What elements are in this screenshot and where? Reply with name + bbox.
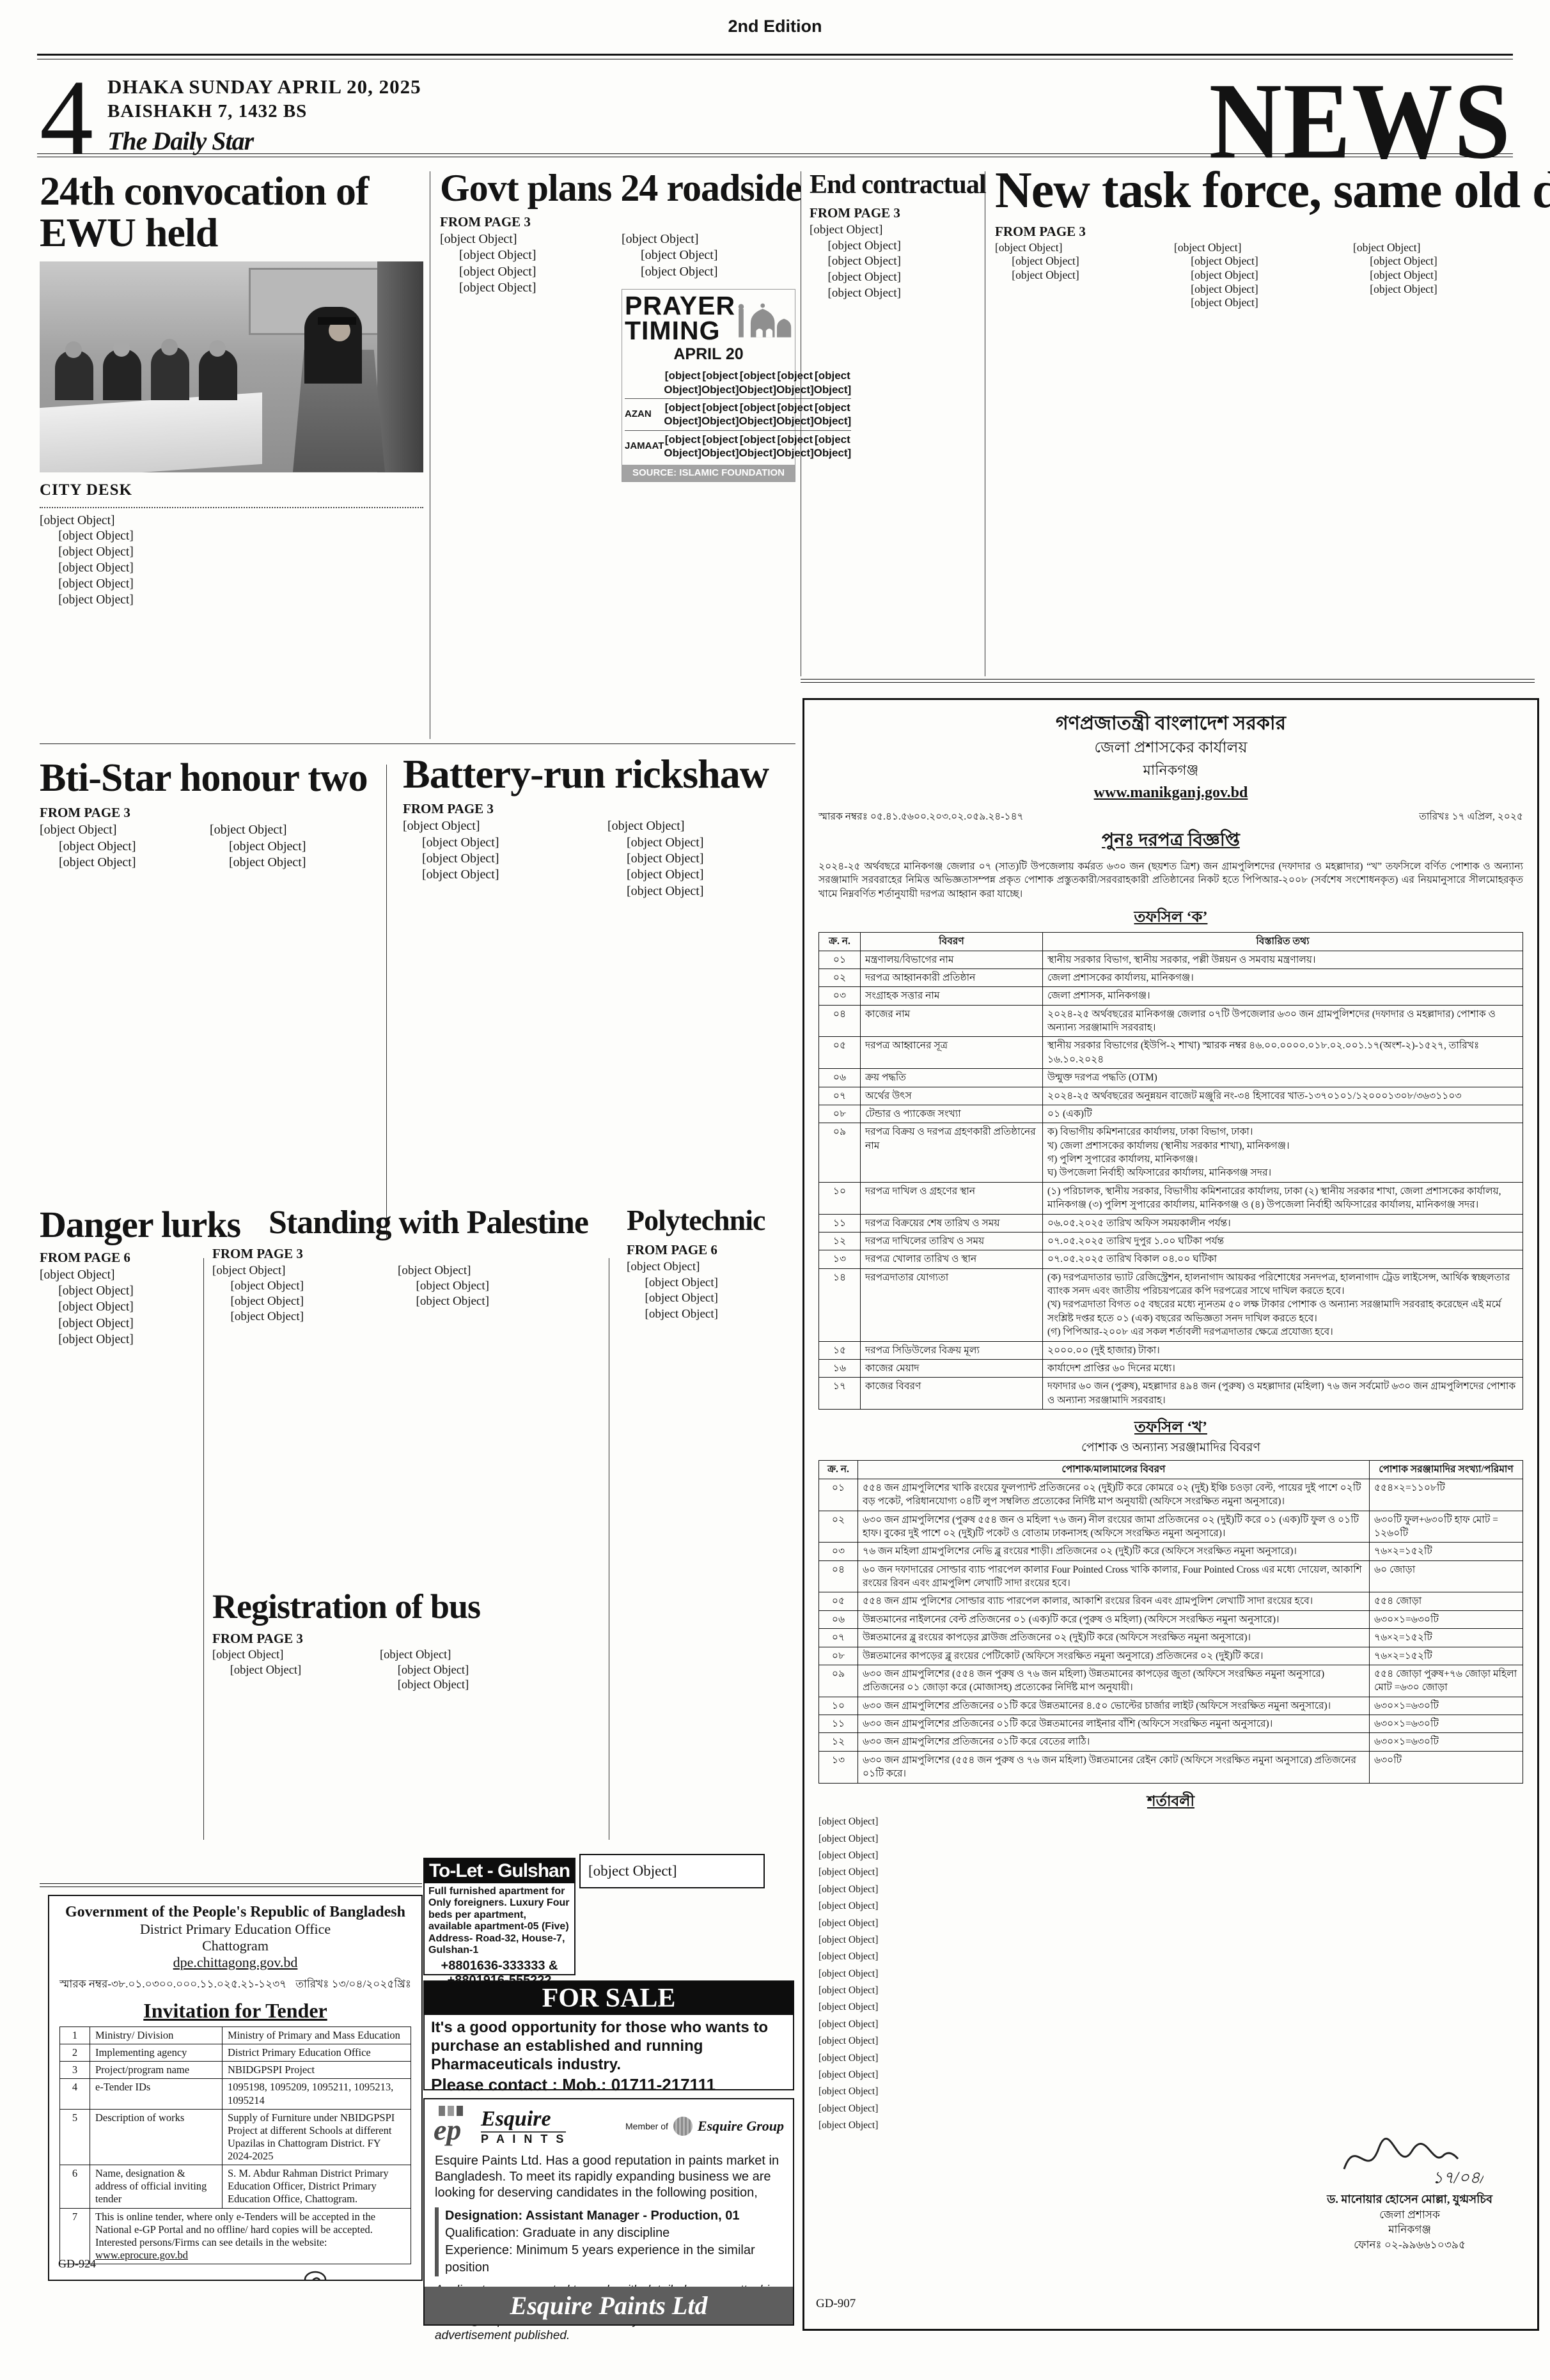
term-item: [object Object]	[818, 2018, 1523, 2031]
tender-memo: স্মারক নম্বর-৩৮.০১.০৩০০.০০০.১১.০২৫.২১-১২…	[59, 1976, 286, 1994]
body-column: [object Object][object Object][object Ob…	[1353, 241, 1514, 310]
byline: CITY DESK	[40, 481, 423, 499]
paragraph: [object Object]	[210, 839, 362, 855]
paragraph: [object Object]	[212, 1294, 362, 1309]
from-page-tag: FROM PAGE 3	[403, 801, 794, 817]
schedule-b-title: তফসিল ‘খ’	[818, 1417, 1523, 1438]
schedule-a-row: ১১ দরপত্র বিক্রয়ের শেষ তারিখ ও সময় ০৬.…	[819, 1214, 1523, 1232]
quantity-cell: ৬৩০×১=৬৩০টি	[1370, 1715, 1523, 1733]
forsale-contact: Please contact : Mob.: 01711-217111	[425, 2074, 793, 2095]
value-cell: জেলা প্রশাসকের কার্যালয়, মানিকগঞ্জ।	[1043, 968, 1523, 986]
column-rule	[985, 171, 985, 676]
paragraph: [object Object]	[210, 822, 362, 838]
from-page-tag: FROM PAGE 3	[40, 805, 363, 821]
description-cell: ৫৫৪ জন গ্রাম পুলিশের সোল্ডার ব্যাচ পারপে…	[858, 1592, 1370, 1610]
key-cell: দরপত্র সিডিউলের বিক্রয় মূল্য	[861, 1341, 1043, 1359]
body-column: [object Object][object Object][object Ob…	[40, 822, 192, 871]
term-item: [object Object]	[818, 1815, 1523, 1828]
schedule-b-row: ০৬ উন্নতমানের নাইলনের বেল্ট প্রতিজনের ০১…	[819, 1610, 1523, 1628]
term-item: [object Object]	[818, 2085, 1523, 2098]
description-cell: ৬৩০ জন গ্রামপুলিশের প্রতিজনের ০১টি করে উ…	[858, 1715, 1370, 1733]
paragraph: [object Object]	[810, 286, 976, 302]
prayer-col-header: [object Object]	[776, 367, 814, 398]
terms-list: [object Object][object Object][object Ob…	[818, 1815, 1523, 2132]
azan-label: AZAN	[625, 398, 664, 430]
paragraph: [object Object]	[810, 254, 976, 270]
quantity-cell: ৫৫৪ জোড়া	[1370, 1592, 1523, 1610]
jamaat-time: [object Object]	[739, 430, 777, 462]
body-column: [object Object][object Object][object Ob…	[1174, 241, 1335, 310]
schedule-a-table: ক্র. ন. বিবরণ বিস্তারিত তথ্য ০১ মন্ত্রণা…	[818, 932, 1523, 1410]
value-cell: জেলা প্রশাসক, মানিকগঞ্জ।	[1043, 987, 1523, 1005]
tender-date: তারিখঃ ১৩/০৪/২০২৫খ্রিঃ	[295, 1976, 411, 1994]
schedule-b-col-serial: ক্র. ন.	[819, 1461, 858, 1479]
prayer-col-header: [object Object]	[664, 367, 701, 398]
paragraph: [object Object]	[212, 1648, 361, 1663]
serial-cell: ১৭	[819, 1378, 861, 1410]
value-cell: ০৭.০৫.২০২৫ তারিখ দুপুর ১.০০ ঘটিকা পর্যন্…	[1043, 1232, 1523, 1250]
paragraph: [object Object]	[212, 1279, 362, 1294]
headline: End contractual	[810, 171, 976, 199]
serial-cell: ০৯	[819, 1665, 858, 1697]
from-page-tag: FROM PAGE 3	[212, 1631, 527, 1647]
curtain	[377, 261, 423, 472]
term-item: [object Object]	[818, 1967, 1523, 1980]
masthead-calendar: BAISHAKH 7, 1432 BS	[107, 101, 421, 122]
body-column: [object Object][object Object][object Ob…	[607, 818, 794, 899]
schedule-b-row: ০৫ ৫৫৪ জন গ্রাম পুলিশের সোল্ডার ব্যাচ পা…	[819, 1592, 1523, 1610]
key-cell: টেন্ডার ও প্যাকেজ সংখ্যা	[861, 1105, 1043, 1123]
paragraph: [object Object]	[622, 231, 795, 247]
serial-cell: 5	[60, 2109, 90, 2165]
description-cell: ৬৩০ জন গ্রামপুলিশের (পুরুষ ৫৫৪ জন ও মহিল…	[858, 1511, 1370, 1543]
term-item: [object Object]	[818, 2000, 1523, 2014]
serial-cell: ০৭	[819, 1629, 858, 1647]
paragraph: [object Object]	[403, 851, 588, 867]
prayer-source-bar: SOURCE: ISLAMIC FOUNDATION	[622, 465, 795, 482]
description-cell: ৭৬ জন মহিলা গ্রামপুলিশের নেভি ব্লু রংয়ে…	[858, 1543, 1370, 1560]
schedule-a-title: তফসিল ‘ক’	[818, 907, 1523, 928]
key-cell: e-Tender IDs	[90, 2079, 223, 2109]
signatory-phone: ফোনঃ ০২-৯৯৬৬১০৩৯৫	[1327, 2237, 1492, 2252]
section-rule	[40, 743, 795, 744]
section-rule	[40, 1883, 422, 1887]
azan-time: [object Object]	[701, 398, 739, 430]
from-page-tag: FROM PAGE 6	[627, 1242, 794, 1258]
azan-time: [object Object]	[776, 398, 814, 430]
description-cell: ৬৩০ জন গ্রামপুলিশের (৫৫৪ জন পুরুষ ও ৭৬ জ…	[858, 1751, 1370, 1783]
serial-cell: ১২	[819, 1232, 861, 1250]
esquire-designation: Designation: Assistant Manager - Product…	[445, 2207, 793, 2225]
key-cell: দরপত্র আহ্বানকারী প্রতিষ্ঠান	[861, 968, 1043, 986]
article-ewu-convocation: 24th convocation of EWU held CITY DESK	[40, 170, 423, 609]
prayer-timing-box: PRAYER TIMING APRIL 20 [obje	[622, 289, 795, 483]
jamaat-time: [object Object]	[776, 430, 814, 462]
schedule-a-row: ১০ দরপত্র দাখিল ও গ্রহণের স্থান (১) পরিচ…	[819, 1182, 1523, 1214]
mortarboard	[318, 317, 356, 325]
headline: Bti-Star honour two	[40, 758, 363, 798]
value-cell: ০৭.০৫.২০২৫ তারিখ বিকাল ০৪.০০ ঘটিকা	[1043, 1250, 1523, 1268]
tender-row: 5 Description of works Supply of Furnitu…	[60, 2109, 411, 2165]
schedule-b-row: ০১ ৫৫৪ জন গ্রামপুলিশের খাকি রংয়ের ফুলপ্…	[819, 1479, 1523, 1511]
body-column: [object Object][object Object][object Ob…	[627, 1259, 794, 1323]
headline: New task force, same old delay	[995, 165, 1514, 217]
value-cell: (ক) দরপত্রদাতার ভ্যাট রেজিস্ট্রেশন, হালন…	[1043, 1268, 1523, 1341]
value-cell: S. M. Abdur Rahman District Primary Educ…	[223, 2165, 411, 2208]
jamaat-label: JAMAAT	[625, 430, 664, 462]
jamaat-time: [object Object]	[701, 430, 739, 462]
description-cell: ৬৩০ জন গ্রামপুলিশের প্রতিজনের ০১টি করে ব…	[858, 1733, 1370, 1751]
key-cell: দরপত্র দাখিল ও গ্রহণের স্থান	[861, 1182, 1043, 1214]
serial-cell: ১৪	[819, 1268, 861, 1341]
serial-cell: ১১	[819, 1715, 858, 1733]
from-page-tag: FROM PAGE 3	[440, 214, 795, 230]
forsale-ad: FOR SALE It's a good opportunity for tho…	[423, 1980, 794, 2090]
term-item: [object Object]	[818, 1933, 1523, 1947]
paragraph: [object Object]	[40, 1316, 200, 1332]
eprocure-link[interactable]: www.eprocure.gov.bd	[95, 2249, 188, 2261]
paragraph: [object Object]	[1174, 296, 1335, 310]
schedule-b-row: ০৯ ৬৩০ জন গ্রামপুলিশের (৫৫৪ জন পুরুষ ও ৭…	[819, 1665, 1523, 1697]
tender-invitation-box: Government of the People's Republic of B…	[48, 1895, 423, 2281]
key-cell: দরপত্র বিক্রয়ের শেষ তারিখ ও সময়	[861, 1214, 1043, 1232]
schedule-a-col-serial: ক্র. ন.	[819, 933, 861, 951]
column-rule	[203, 1258, 204, 1840]
key-cell: Name, designation & address of official …	[90, 2165, 223, 2208]
notice-website-link[interactable]: www.manikganj.gov.bd	[1094, 784, 1248, 801]
paragraph: [object Object]	[588, 1862, 756, 1881]
paragraph: [object Object]	[40, 1299, 200, 1315]
column-rule	[386, 765, 387, 1238]
signatory-district: মানিকগঞ্জ	[1327, 2222, 1492, 2237]
serial-cell: ০২	[819, 1511, 858, 1543]
serial-cell: ০৬	[819, 1069, 861, 1087]
schedule-a-row: ০৯ দরপত্র বিক্রয় ও দরপত্র গ্রহণকারী প্র…	[819, 1123, 1523, 1183]
key-cell: সংগ্রাহক সত্তার নাম	[861, 987, 1043, 1005]
tender-website-link[interactable]: dpe.chittagong.gov.bd	[173, 1954, 298, 1970]
gd-code: GD-924	[58, 2257, 96, 2271]
paragraph: [object Object]	[1174, 241, 1335, 255]
serial-cell: 2	[60, 2044, 90, 2062]
serial-cell: ০৯	[819, 1123, 861, 1183]
paragraph: [object Object]	[622, 264, 795, 280]
esquire-ad: ep Esquire P A I N T S Member of Esquire…	[423, 2098, 794, 2326]
key-cell: দরপত্র বিক্রয় ও দরপত্র গ্রহণকারী প্রতিষ…	[861, 1123, 1043, 1183]
schedule-b-row: ০২ ৬৩০ জন গ্রামপুলিশের (পুরুষ ৫৫৪ জন ও ম…	[819, 1511, 1523, 1543]
serial-cell: ০৮	[819, 1105, 861, 1123]
paragraph: [object Object]	[440, 231, 607, 247]
paragraph: [object Object]	[40, 513, 423, 529]
headline: Registration of bus	[212, 1589, 527, 1624]
serial-cell: 3	[60, 2062, 90, 2079]
article-polytechnic: Polytechnic FROM PAGE 6 [object Object][…	[627, 1206, 794, 1323]
serial-cell: ১০	[819, 1182, 861, 1214]
article-bus-registration: Registration of bus FROM PAGE 3 [object …	[212, 1589, 527, 1693]
schedule-b-subtitle: পোশাক ও অন্যান্য সরঞ্জামাদির বিবরণ	[818, 1440, 1523, 1456]
paragraph: [object Object]	[607, 851, 794, 867]
serial-cell: ০৪	[819, 1560, 858, 1592]
paragraph: [object Object]	[1353, 283, 1514, 297]
serial-cell: ০৮	[819, 1647, 858, 1665]
paragraph: [object Object]	[40, 855, 192, 871]
paragraph: [object Object]	[398, 1279, 558, 1294]
quantity-cell: ৬৩০টি ফুল+৬৩০টি হাফ মোট = ১২৬০টি	[1370, 1511, 1523, 1543]
paragraph: [object Object]	[1353, 254, 1514, 268]
paragraph: [object Object]	[40, 593, 423, 609]
notice-title: পুনঃ দরপত্র বিজ্ঞপ্তি	[818, 828, 1523, 853]
quantity-cell: ৬৩০×১=৬৩০টি	[1370, 1697, 1523, 1715]
tender-table: 1 Ministry/ Division Ministry of Primary…	[59, 2026, 411, 2264]
key-cell: অর্থের উৎস	[861, 1087, 1043, 1105]
paragraph: [object Object]	[440, 280, 607, 296]
term-item: [object Object]	[818, 1883, 1523, 1896]
tender-row-online: 7 This is online tender, where only e-Te…	[60, 2208, 411, 2264]
body-column: [object Object][object Object]	[212, 1648, 361, 1693]
serial-cell: ০৩	[819, 1543, 858, 1560]
quantity-cell: ৫৫৪ জোড়া পুরুষ+৭৬ জোড়া মহিলা মোট =৬৩০ …	[1370, 1665, 1523, 1697]
paragraph: [object Object]	[1174, 254, 1335, 268]
newspaper-page: 2nd Edition 4 DHAKA SUNDAY APRIL 20, 202…	[0, 0, 1550, 2380]
paragraph: [object Object]	[627, 1291, 794, 1307]
term-item: [object Object]	[818, 1984, 1523, 1997]
tender-row: 2 Implementing agency District Primary E…	[60, 2044, 411, 2062]
paragraph: [object Object]	[627, 1259, 794, 1275]
notice-intro: ২০২৪-২৫ অর্থবছরে মানিকগঞ্জ জেলার ০৭ (সাত…	[818, 860, 1523, 901]
schedule-b-row: ১৩ ৬৩০ জন গ্রামপুলিশের (৫৫৪ জন পুরুষ ও ৭…	[819, 1751, 1523, 1783]
column-rule	[801, 171, 801, 676]
serial-cell: 7	[60, 2208, 90, 2264]
byline-rule	[40, 503, 423, 508]
serial-cell: ১৩	[819, 1751, 858, 1783]
paragraph: [object Object]	[40, 545, 423, 561]
prayer-date: APRIL 20	[625, 345, 792, 365]
tolet-phone1: +8801636-333333 &	[425, 1959, 574, 1973]
key-cell: Project/program name	[90, 2062, 223, 2079]
term-item: [object Object]	[818, 2051, 1523, 2065]
schedule-a-row: ১৬ কাজের মেয়াদ কার্যাদেশ প্রাপ্তির ৬০ দ…	[819, 1359, 1523, 1377]
body-column: [object Object][object Object][object Ob…	[810, 222, 976, 301]
paragraph: [object Object]	[810, 270, 976, 286]
notice-date: তারিখঃ ১৭ এপ্রিল, ২০২৫	[1419, 810, 1523, 823]
signatory-role: জেলা প্রশাসক	[1327, 2207, 1492, 2222]
tolet-body: Full furnished apartment for Only foreig…	[425, 1883, 574, 1959]
headline: Battery-run rickshaw	[403, 753, 794, 795]
key-cell: Description of works	[90, 2109, 223, 2165]
notice-government: গণপ্রজাতন্ত্রী বাংলাদেশ সরকার	[818, 710, 1523, 736]
description-cell: উন্নতমানের ব্লু রংয়ের কাপড়ের ব্লাউজ প্…	[858, 1629, 1370, 1647]
paragraph: [object Object]	[212, 1309, 362, 1325]
quantity-cell: ৬৩০×১=৬৩০টি	[1370, 1610, 1523, 1628]
paragraph: [object Object]	[1353, 268, 1514, 283]
headline: Govt plans 24 roadside	[440, 169, 795, 208]
term-item: [object Object]	[818, 2034, 1523, 2048]
paragraph: [object Object]	[607, 818, 794, 834]
section-rule	[801, 679, 1535, 683]
serial-cell: ০৫	[819, 1592, 858, 1610]
prayer-title-line2: TIMING	[625, 318, 735, 343]
schedule-a-row: ০১ মন্ত্রণালয়/বিভাগের নাম স্থানীয় সরকা…	[819, 951, 1523, 968]
from-page-tag: FROM PAGE 3	[212, 1246, 570, 1262]
value-cell: This is online tender, where only e-Tend…	[90, 2208, 411, 2264]
daily-star-logo: The Daily Star	[107, 126, 421, 156]
paragraph: [object Object]	[627, 1275, 794, 1291]
prayer-table: [object Object][object Object][object Ob…	[625, 367, 851, 462]
esquire-qualification: Qualification: Graduate in any disciplin…	[445, 2225, 793, 2242]
paragraph: [object Object]	[1174, 283, 1335, 297]
schedule-b-row: ১২ ৬৩০ জন গ্রামপুলিশের প্রতিজনের ০১টি কর…	[819, 1733, 1523, 1751]
paragraph: [object Object]	[440, 264, 607, 280]
mosque-icon	[735, 293, 792, 341]
serial-cell: ০৩	[819, 987, 861, 1005]
from-page-tag: FROM PAGE 3	[995, 224, 1514, 240]
quantity-cell: ৭৬×২=১৫২টি	[1370, 1543, 1523, 1560]
paragraph: [object Object]	[995, 268, 1156, 283]
paragraph: [object Object]	[380, 1663, 524, 1679]
value-cell: স্থানীয় সরকার বিভাগ, স্থানীয় সরকার, পল…	[1043, 951, 1523, 968]
paragraph: [object Object]	[210, 855, 362, 871]
paragraph: [object Object]	[40, 529, 423, 545]
forsale-title: FOR SALE	[425, 1982, 793, 2015]
azan-time: [object Object]	[664, 398, 701, 430]
quantity-cell: ৬৩০টি	[1370, 1751, 1523, 1783]
body-column: [object Object][object Object][object Ob…	[380, 1648, 524, 1693]
paragraph: [object Object]	[403, 818, 588, 834]
schedule-a-row: ১৩ দরপত্র খোলার তারিখ ও স্থান ০৭.০৫.২০২৫…	[819, 1250, 1523, 1268]
description-cell: উন্নতমানের কাপড়ের ব্লু রংয়ের পেটিকোট (…	[858, 1647, 1370, 1665]
term-item: [object Object]	[818, 1849, 1523, 1862]
schedule-a-row: ০৭ অর্থের উৎস ২০২৪-২৫ অর্থবছরের অনুন্নয়…	[819, 1087, 1523, 1105]
body-column: [object Object][object Object][object Ob…	[398, 1263, 558, 1325]
jamaat-time: [object Object]	[814, 430, 852, 462]
serial-cell: 4	[60, 2079, 90, 2109]
value-cell: ০৬.০৫.২০২৫ তারিখ অফিস সময়কালীন পর্যন্ত।	[1043, 1214, 1523, 1232]
key-cell: দরপত্র আহ্বানের সূত্র	[861, 1037, 1043, 1069]
key-cell: Implementing agency	[90, 2044, 223, 2062]
terms-title: শর্তাবলী	[818, 1791, 1523, 1812]
schedule-a-row: ০২ দরপত্র আহ্বানকারী প্রতিষ্ঠান জেলা প্র…	[819, 968, 1523, 986]
paragraph: [object Object]	[40, 561, 423, 577]
schedule-b-col-qty: পোশাক সরঞ্জামাদির সংখ্যা/পরিমাণ	[1370, 1461, 1523, 1479]
signature: ১৭/০৪/২০২৫	[1336, 2129, 1483, 2187]
signature: 13.04.2025	[290, 2267, 386, 2281]
schedule-a-col-detail: বিস্তারিত তথ্য	[1043, 933, 1523, 951]
key-cell: দরপত্রদাতার যোগ্যতা	[861, 1268, 1043, 1341]
svg-text:১৭/০৪/২০২৫: ১৭/০৪/২০২৫	[1432, 2168, 1483, 2187]
tender-office: District Primary Education Office	[59, 1921, 411, 1938]
paragraph: [object Object]	[398, 1294, 558, 1309]
article-standing-with-palestine: Standing with Palestine FROM PAGE 3 [obj…	[212, 1206, 570, 1325]
description-cell: উন্নতমানের নাইলনের বেল্ট প্রতিজনের ০১ (এ…	[858, 1610, 1370, 1628]
schedule-a-row: ১৭ কাজের বিবরণ দফাদার ৬০ জন (পুরুষ), মহল…	[819, 1378, 1523, 1410]
serial-cell: ০৪	[819, 1005, 861, 1037]
term-item: [object Object]	[818, 1865, 1523, 1879]
article-govt-plans: Govt plans 24 roadside FROM PAGE 3 [obje…	[440, 169, 795, 482]
value-cell: দফাদার ৬০ জন (পুরুষ), মহল্লাদার ৪৯৪ জন (…	[1043, 1378, 1523, 1410]
prayer-col-header: [object Object]	[739, 367, 777, 398]
article-body: [object Object][object Object][object Ob…	[40, 513, 423, 609]
guests-row	[55, 346, 254, 401]
serial-cell: ০৭	[819, 1087, 861, 1105]
serial-cell: ০৬	[819, 1610, 858, 1628]
notice-office: জেলা প্রশাসকের কার্যালয়	[818, 738, 1523, 759]
tender-title: Invitation for Tender	[59, 1999, 411, 2023]
paragraph: [object Object]	[622, 247, 795, 263]
signatory-name: ড. মানোয়ার হোসেন মোল্লা, যুগ্মসচিব	[1327, 2191, 1492, 2207]
serial-cell: ১২	[819, 1733, 858, 1751]
term-item: [object Object]	[818, 1950, 1523, 1963]
bengali-tender-notice: গণপ্রজাতন্ত্রী বাংলাদেশ সরকার জেলা প্রশা…	[802, 698, 1539, 2331]
article-bti-star: Bti-Star honour two FROM PAGE 3 [object …	[40, 758, 363, 871]
prayer-col-header: [object Object]	[701, 367, 739, 398]
paragraph: [object Object]	[40, 839, 192, 855]
edition-label: 2nd Edition	[0, 17, 1550, 36]
paragraph: [object Object]	[212, 1663, 361, 1679]
schedule-b-row: ০৩ ৭৬ জন মহিলা গ্রামপুলিশের নেভি ব্লু রং…	[819, 1543, 1523, 1560]
schedule-b-col-desc: পোশাক/মালামালের বিবরণ	[858, 1461, 1370, 1479]
notice-memo-number: স্মারক নম্বরঃ ০৫.৪১.৫৬০০.২০৩.০২.০৫৯.২৪-১…	[818, 810, 1024, 823]
paragraph: [object Object]	[1353, 241, 1514, 255]
serial-cell: 6	[60, 2165, 90, 2208]
paragraph: [object Object]	[440, 247, 607, 263]
value-cell: Supply of Furniture under NBIDGPSPI Proj…	[223, 2109, 411, 2165]
value-cell: ২০২৪-২৫ অর্থবছরের অনুন্নয়ন বাজেট মঞ্জুর…	[1043, 1087, 1523, 1105]
headline: 24th convocation of EWU held	[40, 170, 423, 254]
column-rule	[430, 171, 430, 739]
headline: Polytechnic	[627, 1206, 794, 1236]
value-cell: (১) পরিচালক, স্থানীয় সরকার, বিভাগীয় কম…	[1043, 1182, 1523, 1214]
paragraph: [object Object]	[810, 222, 976, 238]
head-table	[40, 393, 262, 472]
schedule-a-col-desc: বিবরণ	[861, 933, 1043, 951]
schedule-a-row: ০৫ দরপত্র আহ্বানের সূত্র স্থানীয় সরকার …	[819, 1037, 1523, 1069]
masthead-date: DHAKA SUNDAY APRIL 20, 2025	[107, 75, 421, 98]
convocation-photo	[40, 261, 423, 472]
key-cell: কাজের মেয়াদ	[861, 1359, 1043, 1377]
paragraph: [object Object]	[380, 1648, 524, 1663]
schedule-a-row: ১৫ দরপত্র সিডিউলের বিক্রয় মূল্য ২০০০.০০…	[819, 1341, 1523, 1359]
value-cell: কার্যাদেশ প্রাপ্তির ৬০ দিনের মধ্যে।	[1043, 1359, 1523, 1377]
value-cell: ০১ (এক)টি	[1043, 1105, 1523, 1123]
schedule-a-row: ০৮ টেন্ডার ও প্যাকেজ সংখ্যা ০১ (এক)টি	[819, 1105, 1523, 1123]
value-cell: District Primary Education Office	[223, 2044, 411, 2062]
value-cell: ২০২৪-২৫ অর্থবছরের মানিকগঞ্জ জেলার ০৭টি উ…	[1043, 1005, 1523, 1037]
tender-row: 1 Ministry/ Division Ministry of Primary…	[60, 2027, 411, 2044]
body-column: [object Object][object Object][object Ob…	[40, 1267, 200, 1348]
tender-signature-block: 13.04.2025 S. M. Abdur Rahman [object Ob…	[59, 2267, 411, 2281]
paragraph: [object Object]	[212, 1263, 362, 1279]
value-cell: ক) বিভাগীয় কমিশনারের কার্যালয়, ঢাকা বি…	[1043, 1123, 1523, 1183]
from-page-tag: FROM PAGE 3	[810, 205, 976, 221]
azan-time: [object Object]	[739, 398, 777, 430]
value-cell: ২০০০.০০ (দুই হাজার) টাকা।	[1043, 1341, 1523, 1359]
tolet-ad: To-Let - Gulshan Full furnished apartmen…	[423, 1858, 575, 1975]
tender-city: Chattogram	[59, 1938, 411, 1954]
serial-cell: ০২	[819, 968, 861, 986]
tolet-title: To-Let - Gulshan	[425, 1859, 574, 1883]
paragraph: [object Object]	[607, 867, 794, 883]
paragraph: [object Object]	[40, 822, 192, 838]
notice-signature-block: ১৭/০৪/২০২৫ ড. মানোয়ার হোসেন মোল্লা, যুগ…	[1327, 2129, 1492, 2252]
term-item: [object Object]	[818, 1917, 1523, 1930]
quantity-cell: ৬৩০×১=৬৩০টি	[1370, 1733, 1523, 1751]
schedule-a-row: ১৪ দরপত্রদাতার যোগ্যতা (ক) দরপত্রদাতার ভ…	[819, 1268, 1523, 1341]
serial-cell: ১০	[819, 1697, 858, 1715]
masthead-rule	[37, 153, 1513, 157]
schedule-a-row: ০৪ কাজের নাম ২০২৪-২৫ অর্থবছরের মানিকগঞ্জ…	[819, 1005, 1523, 1037]
value-cell: Ministry of Primary and Mass Education	[223, 2027, 411, 2044]
key-cell: ক্রয় পদ্ধতি	[861, 1069, 1043, 1087]
paragraph: [object Object]	[403, 867, 588, 883]
